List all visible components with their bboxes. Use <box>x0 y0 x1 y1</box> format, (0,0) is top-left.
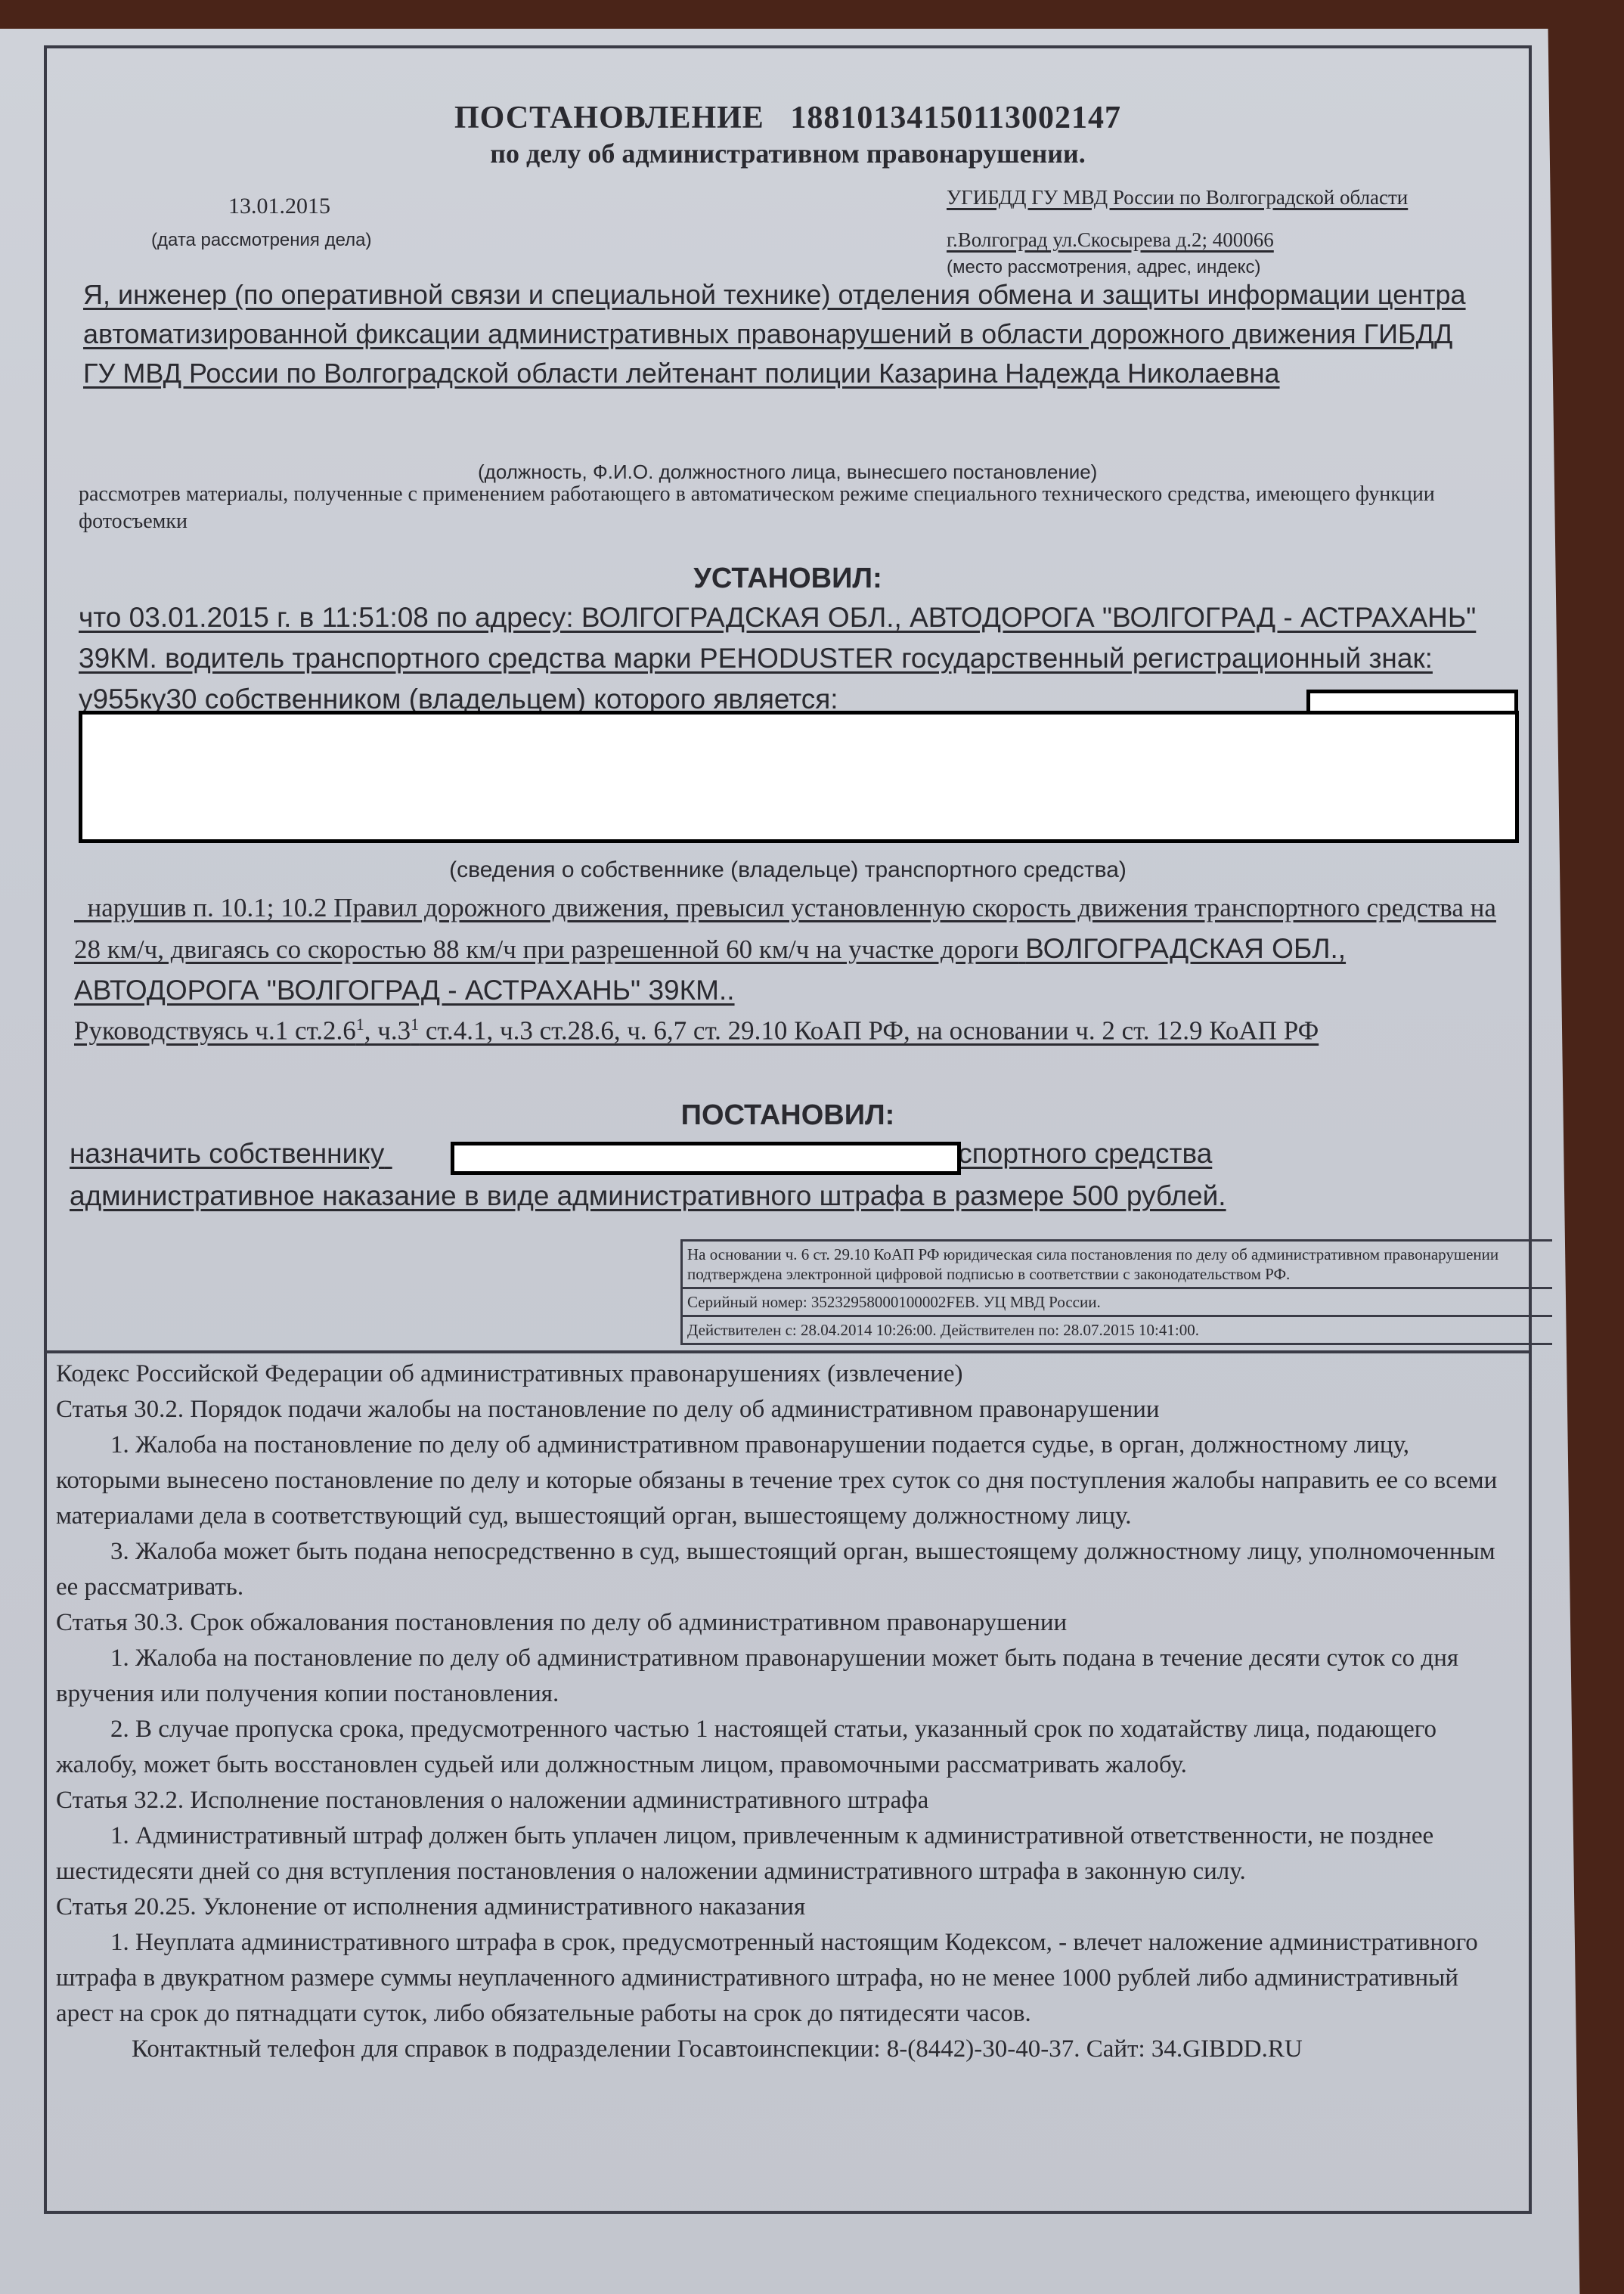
article-clause: 1. Неуплата административного штрафа в с… <box>56 1925 1515 2032</box>
officer-statement: Я, инженер (по оперативной связи и специ… <box>83 275 1482 393</box>
resolved-before: назначить собственнику <box>70 1138 384 1169</box>
article-heading: Статья 30.2. Порядок подачи жалобы на по… <box>56 1392 1515 1428</box>
superscript: 1 <box>356 1015 364 1034</box>
review-address: г.Волгоград ул.Скосырева д.2; 400066 <box>947 228 1274 252</box>
review-date: 13.01.2015 <box>228 194 330 219</box>
established-text: что 03.01.2015 г. в 11:51:08 по адресу: … <box>79 597 1515 720</box>
violation-text: нарушив п. 10.1; 10.2 Правил дорожного д… <box>74 888 1526 1012</box>
code-extract: Кодекс Российской Федерации об администр… <box>56 1356 1515 2067</box>
signature-validity: Действителен с: 28.04.2014 10:26:00. Дей… <box>683 1317 1552 1343</box>
article-clause: 3. Жалоба может быть подана непосредстве… <box>56 1534 1515 1605</box>
materials-statement: рассмотрев материалы, полученные с приме… <box>79 481 1530 535</box>
code-extract-paragraphs: Статья 30.2. Порядок подачи жалобы на по… <box>56 1392 1515 2032</box>
legal-basis-part: , ч.3 <box>364 1016 411 1046</box>
article-heading: Статья 30.3. Срок обжалования постановле… <box>56 1605 1515 1641</box>
legal-basis: Руководствуясь ч.1 ст.2.61, ч.31 ст.4.1,… <box>74 1004 1526 1052</box>
section-divider <box>47 1350 1529 1353</box>
redaction-owner-details <box>79 711 1519 843</box>
review-organization: УГИБДД ГУ МВД России по Волгоградской об… <box>947 186 1408 209</box>
article-clause: 1. Жалоба на постановление по делу об ад… <box>56 1641 1515 1712</box>
redaction-owner-name <box>451 1142 961 1175</box>
article-heading: Статья 20.25. Уклонение от исполнения ад… <box>56 1889 1515 1925</box>
resolved-heading: ПОСТАНОВИЛ: <box>47 1099 1529 1132</box>
established-heading: УСТАНОВИЛ: <box>47 563 1529 595</box>
contact-info: Контактный телефон для справок в подразд… <box>56 2032 1515 2067</box>
digital-signature-box: На основании ч. 6 ст. 29.10 КоАП РФ юрид… <box>680 1239 1552 1345</box>
doc-type: ПОСТАНОВЛЕНИЕ <box>454 101 764 135</box>
article-clause: 2. В случае пропуска срока, предусмотрен… <box>56 1712 1515 1783</box>
document-title: ПОСТАНОВЛЕНИЕ 18810134150113002147 <box>47 100 1529 136</box>
legal-basis-part: ст.4.1, ч.3 ст.28.6, ч. 6,7 ст. 29.10 Ко… <box>419 1016 1319 1046</box>
legal-basis-part: Руководствуясь ч.1 ст.2.6 <box>74 1016 356 1046</box>
article-clause: 1. Административный штраф должен быть уп… <box>56 1818 1515 1889</box>
document-subtitle: по делу об административном правонарушен… <box>47 138 1529 169</box>
signature-basis: На основании ч. 6 ст. 29.10 КоАП РФ юрид… <box>683 1242 1552 1289</box>
article-clause: 1. Жалоба на постановление по делу об ад… <box>56 1428 1515 1534</box>
review-date-caption: (дата рассмотрения дела) <box>151 230 371 251</box>
code-extract-title: Кодекс Российской Федерации об администр… <box>56 1356 1515 1392</box>
superscript: 1 <box>411 1015 419 1034</box>
article-heading: Статья 32.2. Исполнение постановления о … <box>56 1783 1515 1818</box>
doc-number: 18810134150113002147 <box>790 101 1121 135</box>
document-frame: ПОСТАНОВЛЕНИЕ 18810134150113002147 по де… <box>44 45 1532 2214</box>
resolved-penalty: административное наказание в виде админи… <box>70 1180 1226 1211</box>
owner-caption: (сведения о собственнике (владельце) тра… <box>47 857 1529 883</box>
signature-serial: Серийный номер: 35232958000100002FEB. УЦ… <box>683 1289 1552 1317</box>
